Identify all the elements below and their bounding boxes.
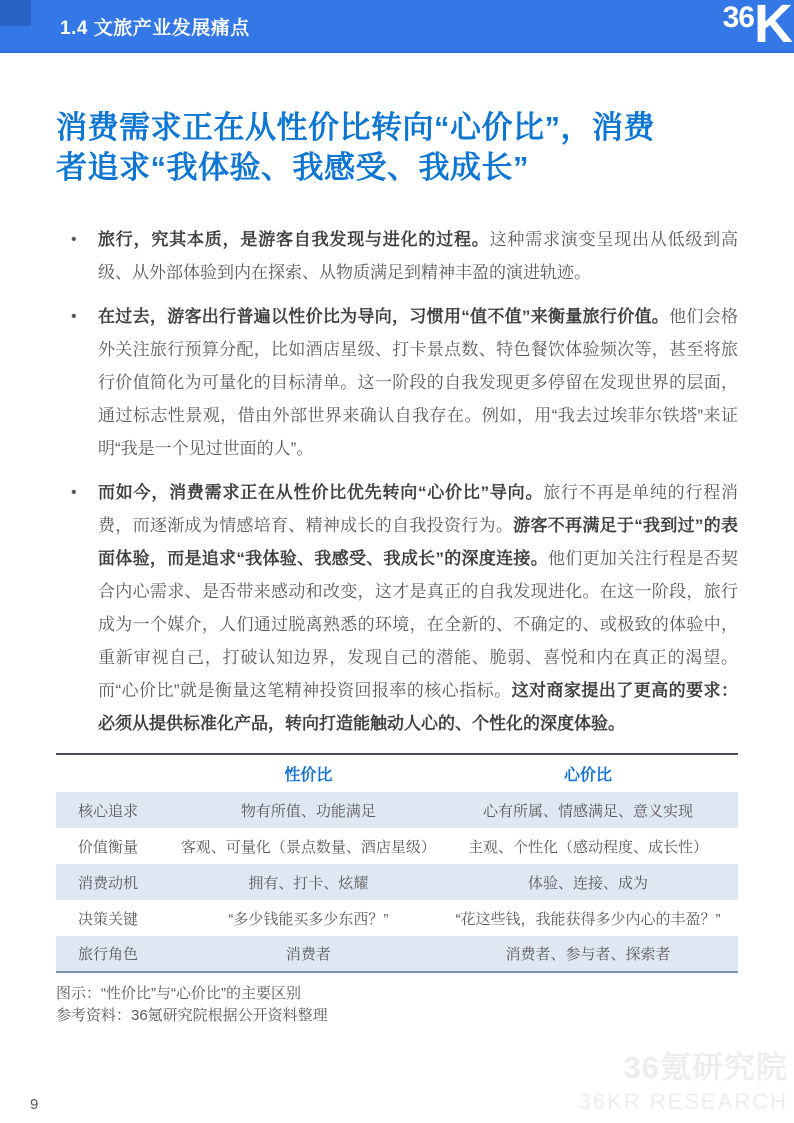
- comparison-table-body: 核心追求物有所值、功能满足心有所属、情感满足、意义实现价值衡量客观、可量化（景点…: [56, 792, 738, 972]
- xinjiabi-cell: 消费者、参与者、探索者: [438, 936, 738, 972]
- page-title-line1: 消费需求正在从性价比转向“心价比”，消费: [56, 110, 655, 145]
- page-header: 1.4 文旅产业发展痛点 36 Kr: [0, 0, 794, 53]
- bullet-marker: •: [71, 300, 77, 333]
- bullet-text-segment: 旅行，究其本质，是游客自我发现与进化的过程。: [98, 230, 490, 249]
- xinjiabi-cell: “花这些钱，我能获得多少内心的丰盈？”: [438, 900, 738, 936]
- page-title: 消费需求正在从性价比转向“心价比”，消费者追求“我体验、我感受、我成长”: [56, 108, 738, 188]
- comparison-table: 性价比 心价比 核心追求物有所值、功能满足心有所属、情感满足、意义实现价值衡量客…: [56, 753, 738, 973]
- row-label: 核心追求: [56, 792, 179, 828]
- content-area: 消费需求正在从性价比转向“心价比”，消费者追求“我体验、我感受、我成长” •旅行…: [0, 53, 794, 1027]
- table-header-xingjiabi: 性价比: [179, 754, 438, 792]
- bullet-list: •旅行，究其本质，是游客自我发现与进化的过程。这种需求演变呈现出从低级到高级、从…: [56, 223, 738, 740]
- row-label: 旅行角色: [56, 936, 179, 972]
- report-page: 1.4 文旅产业发展痛点 36 Kr 消费需求正在从性价比转向“心价比”，消费者…: [0, 0, 794, 1123]
- xingjiabi-cell: 客观、可量化（景点数量、酒店星级）: [179, 828, 438, 864]
- logo-36-text: 36: [723, 3, 754, 33]
- xinjiabi-cell: 主观、个性化（感动程度、成长性）: [438, 828, 738, 864]
- xingjiabi-cell: 拥有、打卡、炫耀: [179, 864, 438, 900]
- bullet-marker: •: [71, 223, 77, 256]
- bullet-marker: •: [71, 476, 77, 509]
- xingjiabi-cell: 消费者: [179, 936, 438, 972]
- watermark-en-text: 36KR RESEARCH: [579, 1089, 788, 1115]
- watermark-cn-text: 36氪研究院: [579, 1042, 788, 1087]
- table-header-xinjiabi: 心价比: [438, 754, 738, 792]
- bullet-text-segment: 而如今，消费需求正在从性价比优先转向“心价比”导向。: [98, 483, 543, 502]
- bullet-item: •旅行，究其本质，是游客自我发现与进化的过程。这种需求演变呈现出从低级到高级、从…: [56, 223, 738, 289]
- page-title-line2: 者追求“我体验、我感受、我成长”: [56, 150, 529, 185]
- page-number: 9: [30, 1096, 38, 1113]
- section-title: 1.4 文旅产业发展痛点: [60, 0, 250, 53]
- xinjiabi-cell: 心有所属、情感满足、意义实现: [438, 792, 738, 828]
- table-row: 价值衡量客观、可量化（景点数量、酒店星级）主观、个性化（感动程度、成长性）: [56, 828, 738, 864]
- logo-kr-text: Kr: [754, 0, 794, 50]
- watermark: 36氪研究院 36KR RESEARCH: [579, 1042, 788, 1115]
- xingjiabi-cell: “多少钱能买多少东西？”: [179, 900, 438, 936]
- table-header-row: 性价比 心价比: [56, 754, 738, 792]
- bullet-text-segment: 他们更加关注行程是否契合内心需求、是否带来感动和改变，这才是真正的自我发现进化。…: [98, 549, 738, 700]
- xinjiabi-cell: 体验、连接、成为: [438, 864, 738, 900]
- table-row: 决策关键“多少钱能买多少东西？”“花这些钱，我能获得多少内心的丰盈？”: [56, 900, 738, 936]
- caption-line1: 图示：“性价比”与“心价比”的主要区别: [56, 983, 738, 1005]
- xingjiabi-cell: 物有所值、功能满足: [179, 792, 438, 828]
- table-row: 消费动机拥有、打卡、炫耀体验、连接、成为: [56, 864, 738, 900]
- row-label: 消费动机: [56, 864, 179, 900]
- table-row: 旅行角色消费者消费者、参与者、探索者: [56, 936, 738, 972]
- caption-line2: 参考资料：36氪研究院根据公开资料整理: [56, 1005, 738, 1027]
- table-caption: 图示：“性价比”与“心价比”的主要区别 参考资料：36氪研究院根据公开资料整理: [56, 983, 738, 1027]
- bullet-text-segment: 在过去，游客出行普遍以性价比为导向，习惯用“值不值”来衡量旅行价值。: [98, 307, 669, 326]
- row-label: 决策关键: [56, 900, 179, 936]
- 36kr-logo: 36 Kr: [723, 0, 794, 50]
- bullet-item: •在过去，游客出行普遍以性价比为导向，习惯用“值不值”来衡量旅行价值。他们会格外…: [56, 300, 738, 465]
- bullet-item: •而如今，消费需求正在从性价比优先转向“心价比”导向。旅行不再是单纯的行程消费，…: [56, 476, 738, 740]
- table-header-empty: [56, 754, 179, 792]
- bullet-text-segment: 他们会格外关注旅行预算分配，比如酒店星级、打卡景点数、特色餐饮体验频次等，甚至将…: [98, 307, 738, 458]
- header-accent-square: [0, 0, 31, 26]
- row-label: 价值衡量: [56, 828, 179, 864]
- comparison-table-head: 性价比 心价比: [56, 754, 738, 792]
- table-row: 核心追求物有所值、功能满足心有所属、情感满足、意义实现: [56, 792, 738, 828]
